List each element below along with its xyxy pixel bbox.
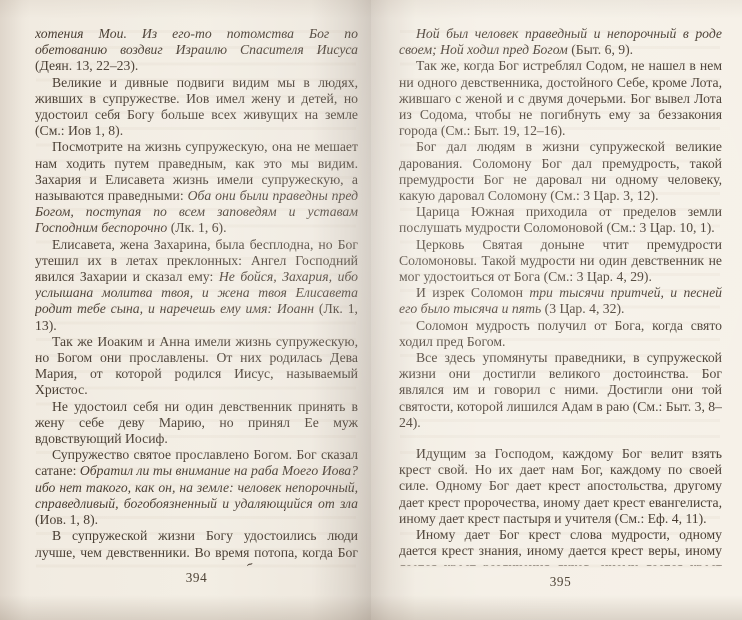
body-text: Царица Южная приходила от пределов земли…: [399, 204, 722, 235]
paragraph: Великие и дивные подвиги видим мы в людя…: [35, 75, 358, 140]
quote-text: Ной был человек праведный и непорочный в…: [399, 26, 722, 57]
quote-text: Обратил ли ты внимание на раба Моего Иов…: [35, 463, 358, 510]
paragraph: хотения Мои. Из его-то потомства Бог по …: [35, 26, 358, 75]
left-page-number: 394: [35, 570, 358, 586]
body-text: (3 Цар. 4, 32).: [545, 301, 625, 316]
paragraph: Так же, когда Бог истреблял Содом, не на…: [399, 58, 722, 139]
paragraph: Царица Южная приходила от пределов земли…: [399, 204, 722, 236]
body-text: Не удостоил себя ни один девственник при…: [35, 399, 358, 446]
paragraph: Елисавета, жена Захарина, была бесплодна…: [35, 237, 358, 334]
paragraph: Идущим за Господом, каждому Бог велит вз…: [399, 446, 722, 527]
body-text: И изрек Соломон: [416, 285, 529, 300]
body-text: Так же Иоаким и Анна имели жизнь супруже…: [35, 334, 358, 398]
body-text: Бог дал людям в жизни супружеской велики…: [399, 139, 722, 203]
paragraph: Церковь Святая доныне чтит премудрости С…: [399, 237, 722, 286]
paragraph: В супружеской жизни Богу удостоились люд…: [35, 528, 358, 566]
book-spread-photo: хотения Мои. Из его-то потомства Бог по …: [0, 0, 742, 620]
paragraph: Иному дает Бог крест слова мудрости, одн…: [399, 527, 722, 566]
body-text: (Быт. 6, 9).: [571, 42, 633, 57]
body-text: (Иов. 1, 8).: [35, 512, 98, 527]
right-page-text: Ной был человек праведный и непорочный в…: [399, 26, 722, 566]
paragraph: Ной был человек праведный и непорочный в…: [399, 26, 722, 58]
paragraph: Супружество святое прославлено Богом. Бо…: [35, 447, 358, 528]
body-text: Идущим за Господом, каждому Бог велит вз…: [399, 446, 722, 526]
body-text: В супружеской жизни Богу удостоились люд…: [35, 528, 358, 566]
quote-text: хотения Мои. Из его-то потомства Бог по …: [35, 26, 358, 57]
body-text: Так же, когда Бог истреблял Содом, не на…: [399, 58, 722, 138]
body-text: Соломон мудрость получил от Бога, когда …: [399, 318, 722, 349]
paragraph: Посмотрите на жизнь супружескую, она не …: [35, 139, 358, 236]
body-text: Церковь Святая доныне чтит премудрости С…: [399, 237, 722, 284]
body-text: Все здесь упомянуты праведники, в супруж…: [399, 350, 722, 430]
body-text: Великие и дивные подвиги видим мы в людя…: [35, 75, 358, 139]
body-text: (Деян. 13, 22–23).: [35, 58, 138, 73]
body-text: Иному дает Бог крест слова мудрости, одн…: [399, 527, 722, 566]
paragraph: Все здесь упомянуты праведники, в супруж…: [399, 350, 722, 431]
paragraph: Не удостоил себя ни один девственник при…: [35, 399, 358, 448]
paragraph: Так же Иоаким и Анна имели жизнь супруже…: [35, 334, 358, 399]
paragraph: Бог дал людям в жизни супружеской велики…: [399, 139, 722, 204]
paragraph: И изрек Соломон три тысячи притчей, и пе…: [399, 285, 722, 317]
paragraph: Соломон мудрость получил от Бога, когда …: [399, 318, 722, 350]
right-page-number: 395: [399, 574, 722, 590]
body-text: (Лк. 1, 6).: [171, 220, 227, 235]
left-page-text: хотения Мои. Из его-то потомства Бог по …: [35, 26, 358, 566]
